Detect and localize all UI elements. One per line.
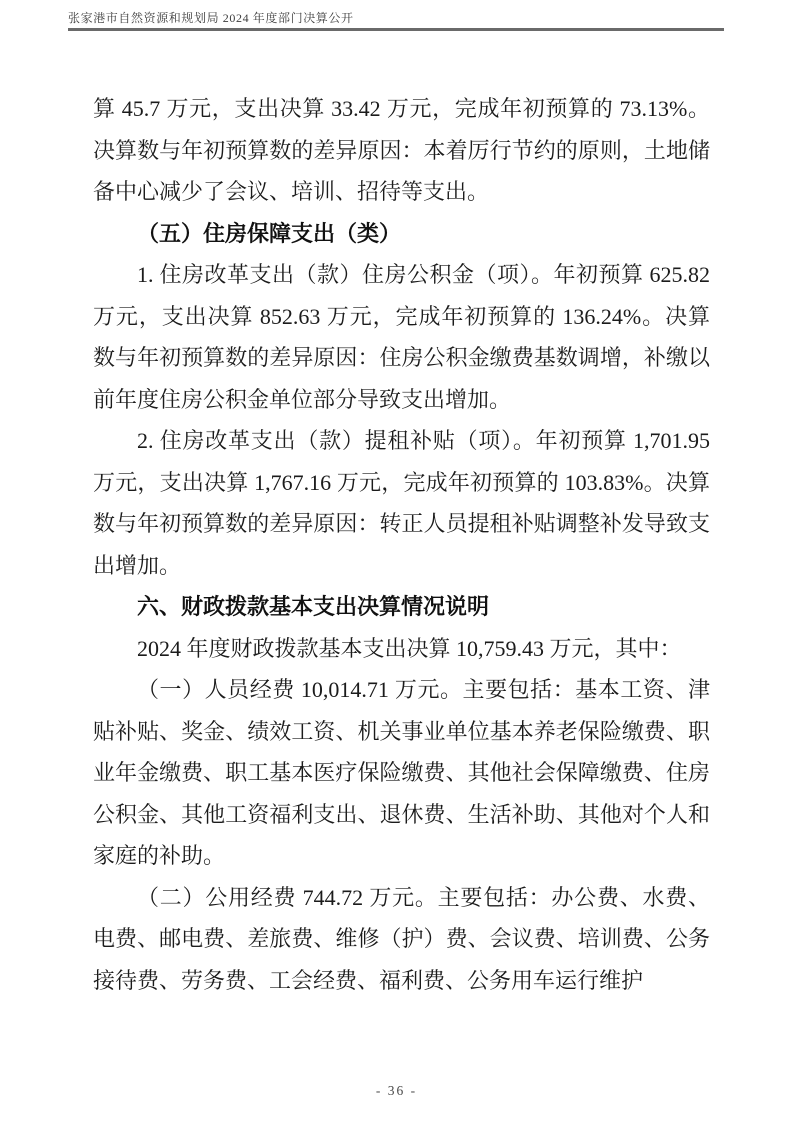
document-page: 张家港市自然资源和规划局 2024 年度部门决算公开 算 45.7 万元，支出决… (0, 0, 793, 1122)
header-title: 张家港市自然资源和规划局 2024 年度部门决算公开 (68, 11, 724, 25)
page-footer: - 36 - (0, 1082, 793, 1100)
paragraph-public-funds: （二）公用经费 744.72 万元。主要包括：办公费、水费、电费、邮电费、差旅费… (93, 877, 710, 1002)
page-number: - 36 - (376, 1083, 417, 1098)
paragraph-expenditure-continuation: 算 45.7 万元，支出决算 33.42 万元，完成年初预算的 73.13%。决… (93, 88, 710, 213)
section-heading-housing-support: （五）住房保障支出（类） (93, 213, 710, 255)
paragraph-housing-fund: 1. 住房改革支出（款）住房公积金（项）。年初预算 625.82 万元，支出决算… (93, 254, 710, 420)
paragraph-personnel-funds: （一）人员经费 10,014.71 万元。主要包括：基本工资、津贴补贴、奖金、绩… (93, 669, 710, 877)
paragraph-rent-subsidy: 2. 住房改革支出（款）提租补贴（项）。年初预算 1,701.95 万元，支出决… (93, 420, 710, 586)
section-heading-basic-expenditure: 六、财政拨款基本支出决算情况说明 (93, 586, 710, 628)
paragraph-basic-expenditure-total: 2024 年度财政拨款基本支出决算 10,759.43 万元，其中： (93, 628, 710, 670)
page-header: 张家港市自然资源和规划局 2024 年度部门决算公开 (68, 11, 724, 31)
document-body: 算 45.7 万元，支出决算 33.42 万元，完成年初预算的 73.13%。决… (93, 88, 710, 1006)
